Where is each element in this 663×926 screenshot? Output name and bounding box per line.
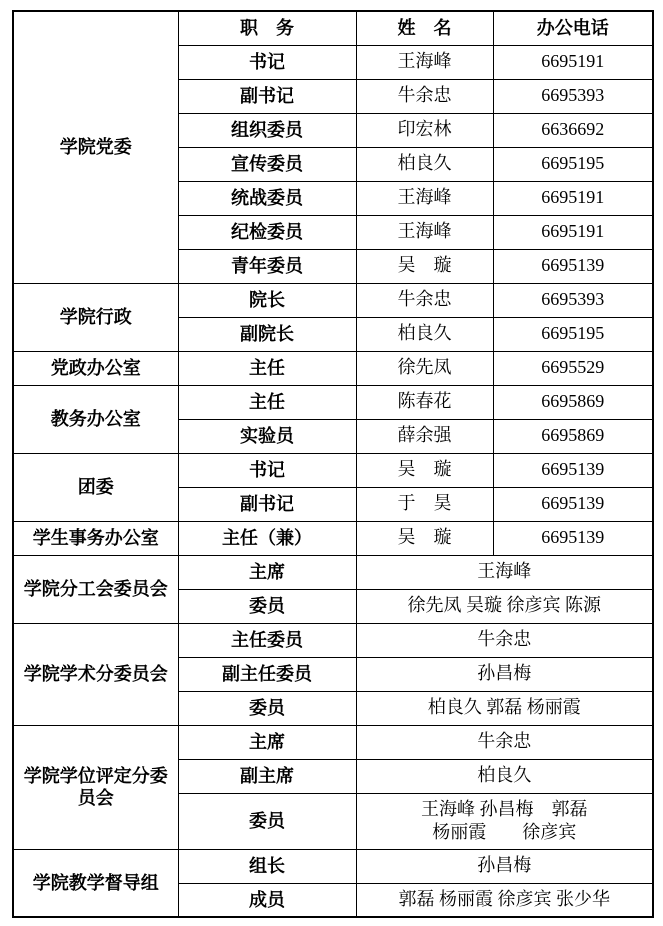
group-cell-degree-subcommittee: 学院学位评定分委员会 — [13, 725, 178, 849]
name-cell-merged: 王海峰 孙昌梅 郭磊 杨丽霞 徐彦宾 — [356, 793, 653, 849]
table-row: 学院学位评定分委员会 主席 牛余忠 — [13, 725, 653, 759]
phone-cell: 6695139 — [493, 521, 653, 555]
position-cell: 青年委员 — [178, 249, 356, 283]
name-cell-merged: 牛余忠 — [356, 623, 653, 657]
phone-cell: 6695529 — [493, 351, 653, 385]
group-cell-party-admin-office: 党政办公室 — [13, 351, 178, 385]
contact-table: 学院党委 职 务 姓 名 办公电话 书记 王海峰 6695191 副书记 牛余忠… — [12, 10, 654, 918]
name-cell: 牛余忠 — [356, 79, 493, 113]
name-cell: 徐先凤 — [356, 351, 493, 385]
position-cell: 委员 — [178, 793, 356, 849]
name-cell-merged: 牛余忠 — [356, 725, 653, 759]
position-cell: 副主席 — [178, 759, 356, 793]
name-cell: 柏良久 — [356, 147, 493, 181]
phone-cell: 6695869 — [493, 385, 653, 419]
position-cell: 主席 — [178, 555, 356, 589]
phone-cell: 6695191 — [493, 181, 653, 215]
position-cell: 委员 — [178, 691, 356, 725]
phone-cell: 6636692 — [493, 113, 653, 147]
name-cell: 于 昊 — [356, 487, 493, 521]
page: 学院党委 职 务 姓 名 办公电话 书记 王海峰 6695191 副书记 牛余忠… — [0, 0, 663, 926]
position-cell: 宣传委员 — [178, 147, 356, 181]
position-cell: 书记 — [178, 453, 356, 487]
name-cell: 吴 璇 — [356, 249, 493, 283]
header-row: 学院党委 职 务 姓 名 办公电话 — [13, 11, 653, 45]
name-cell: 吴 璇 — [356, 521, 493, 555]
position-cell: 副书记 — [178, 79, 356, 113]
name-cell: 薛余强 — [356, 419, 493, 453]
table-row: 教务办公室 主任 陈春花 6695869 — [13, 385, 653, 419]
group-cell-youth-league: 团委 — [13, 453, 178, 521]
position-cell: 书记 — [178, 45, 356, 79]
group-cell-academic-subcommittee: 学院学术分委员会 — [13, 623, 178, 725]
position-cell: 统战委员 — [178, 181, 356, 215]
position-cell: 成员 — [178, 883, 356, 917]
name-cell: 印宏林 — [356, 113, 493, 147]
column-header-name: 姓 名 — [356, 11, 493, 45]
phone-cell: 6695869 — [493, 419, 653, 453]
table-row: 团委 书记 吴 璇 6695139 — [13, 453, 653, 487]
position-cell: 纪检委员 — [178, 215, 356, 249]
name-cell-merged: 孙昌梅 — [356, 657, 653, 691]
group-cell-union-committee: 学院分工会委员会 — [13, 555, 178, 623]
position-cell: 副书记 — [178, 487, 356, 521]
name-cell-merged: 孙昌梅 — [356, 849, 653, 883]
phone-cell: 6695139 — [493, 249, 653, 283]
phone-cell: 6695191 — [493, 45, 653, 79]
position-cell: 主任（兼） — [178, 521, 356, 555]
phone-cell: 6695139 — [493, 487, 653, 521]
name-cell-merged: 柏良久 郭磊 杨丽霞 — [356, 691, 653, 725]
position-cell: 实验员 — [178, 419, 356, 453]
table-row: 党政办公室 主任 徐先凤 6695529 — [13, 351, 653, 385]
position-cell: 主席 — [178, 725, 356, 759]
position-cell: 副主任委员 — [178, 657, 356, 691]
phone-cell: 6695195 — [493, 317, 653, 351]
position-cell: 主任 — [178, 385, 356, 419]
phone-cell: 6695393 — [493, 79, 653, 113]
table-row: 学生事务办公室 主任（兼） 吴 璇 6695139 — [13, 521, 653, 555]
name-cell-merged: 王海峰 — [356, 555, 653, 589]
name-cell: 吴 璇 — [356, 453, 493, 487]
name-cell: 王海峰 — [356, 45, 493, 79]
group-cell-administration: 学院行政 — [13, 283, 178, 351]
phone-cell: 6695191 — [493, 215, 653, 249]
position-cell: 主任委员 — [178, 623, 356, 657]
phone-cell: 6695139 — [493, 453, 653, 487]
position-cell: 主任 — [178, 351, 356, 385]
position-cell: 副院长 — [178, 317, 356, 351]
table-row: 学院教学督导组 组长 孙昌梅 — [13, 849, 653, 883]
group-cell-teaching-supervision-group: 学院教学督导组 — [13, 849, 178, 917]
phone-cell: 6695195 — [493, 147, 653, 181]
position-cell: 组织委员 — [178, 113, 356, 147]
group-cell-academic-office: 教务办公室 — [13, 385, 178, 453]
position-cell: 委员 — [178, 589, 356, 623]
name-cell: 柏良久 — [356, 317, 493, 351]
name-cell: 王海峰 — [356, 215, 493, 249]
table-row: 学院行政 院长 牛余忠 6695393 — [13, 283, 653, 317]
name-cell: 陈春花 — [356, 385, 493, 419]
column-header-position: 职 务 — [178, 11, 356, 45]
name-cell-merged: 徐先凤 吴璇 徐彦宾 陈源 — [356, 589, 653, 623]
position-cell: 组长 — [178, 849, 356, 883]
table-row: 学院学术分委员会 主任委员 牛余忠 — [13, 623, 653, 657]
phone-cell: 6695393 — [493, 283, 653, 317]
group-cell-student-affairs-office: 学生事务办公室 — [13, 521, 178, 555]
name-cell-merged: 柏良久 — [356, 759, 653, 793]
group-cell-party-committee: 学院党委 — [13, 11, 178, 283]
column-header-phone: 办公电话 — [493, 11, 653, 45]
name-cell: 牛余忠 — [356, 283, 493, 317]
position-cell: 院长 — [178, 283, 356, 317]
name-cell-merged: 郭磊 杨丽霞 徐彦宾 张少华 — [356, 883, 653, 917]
name-cell: 王海峰 — [356, 181, 493, 215]
table-row: 学院分工会委员会 主席 王海峰 — [13, 555, 653, 589]
